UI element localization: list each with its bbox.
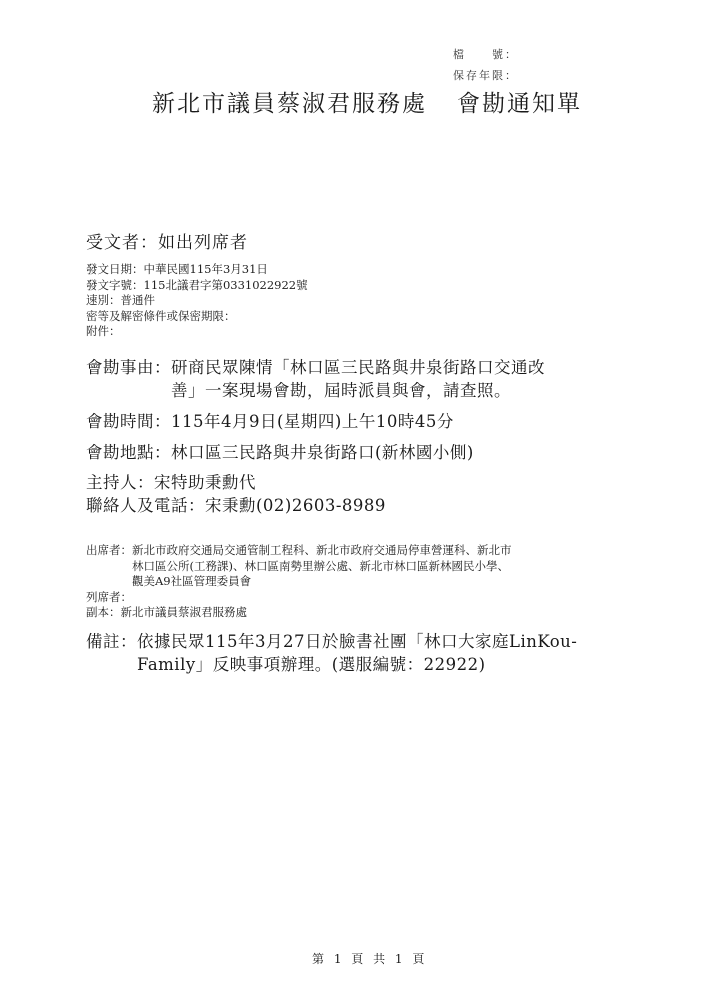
issue-meta: 發文日期：中華民國115年3月31日 發文字號：115北議君字第03310229… [86, 262, 308, 340]
document-type: 會勘通知單 [457, 91, 582, 117]
page-title: 新北市議員蔡淑君服務處會勘通知單 [152, 85, 582, 118]
delivery-speed: 速別：普通件 [86, 293, 308, 309]
subject-label: 會勘事由： [86, 356, 171, 402]
attachment: 附件： [86, 324, 308, 340]
file-number-label: 檔 號： [453, 46, 518, 62]
subject-line-2: 善」一案現場會勘，屆時派員與會，請查照。 [171, 379, 545, 402]
contact: 聯絡人及電話：宋秉勳(02)2603-8989 [86, 494, 386, 517]
host: 主持人：宋特助秉勳代 [86, 471, 256, 494]
attendees-label: 出席者： [86, 543, 132, 590]
remark-label: 備註： [86, 630, 137, 676]
issue-number: 發文字號：115北議君字第0331022922號 [86, 278, 308, 294]
attendees-line-3: 觀美A9社區管理委員會 [132, 574, 512, 590]
remark: 備註： 依據民眾115年3月27日於臉書社團「林口大家庭LinKou- Fami… [86, 630, 577, 676]
distribution: 出席者： 新北市政府交通局交通管制工程科、新北市政府交通局停車營運科、新北市 林… [86, 543, 512, 621]
remark-line-2: Family」反映事項辦理。(選服編號：22922) [137, 653, 577, 676]
office-name: 新北市議員蔡淑君服務處 [152, 91, 427, 117]
recipient: 受文者：如出列席者 [86, 228, 248, 253]
retention-period-label: 保存年限： [453, 67, 518, 83]
observers: 列席者： [86, 590, 512, 606]
page-number: 第 1 頁 共 1 頁 [312, 950, 427, 967]
subject-line-1: 研商民眾陳情「林口區三民路與井泉街路口交通改 [171, 356, 545, 379]
attendees-line-2: 林口區公所(工務課)、林口區南勢里辦公處、新北市林口區新林國民小學、 [132, 559, 512, 575]
remark-line-1: 依據民眾115年3月27日於臉書社團「林口大家庭LinKou- [137, 630, 577, 653]
copy-to: 副本：新北市議員蔡淑君服務處 [86, 605, 512, 621]
meeting-time: 會勘時間：115年4月9日(星期四)上午10時45分 [86, 410, 454, 433]
security-level: 密等及解密條件或保密期限： [86, 309, 308, 325]
attendees-line-1: 新北市政府交通局交通管制工程科、新北市政府交通局停車營運科、新北市 [132, 543, 512, 559]
subject: 會勘事由： 研商民眾陳情「林口區三民路與井泉街路口交通改 善」一案現場會勘，屆時… [86, 356, 545, 402]
meeting-place: 會勘地點：林口區三民路與井泉街路口(新林國小側) [86, 441, 474, 464]
issue-date: 發文日期：中華民國115年3月31日 [86, 262, 308, 278]
